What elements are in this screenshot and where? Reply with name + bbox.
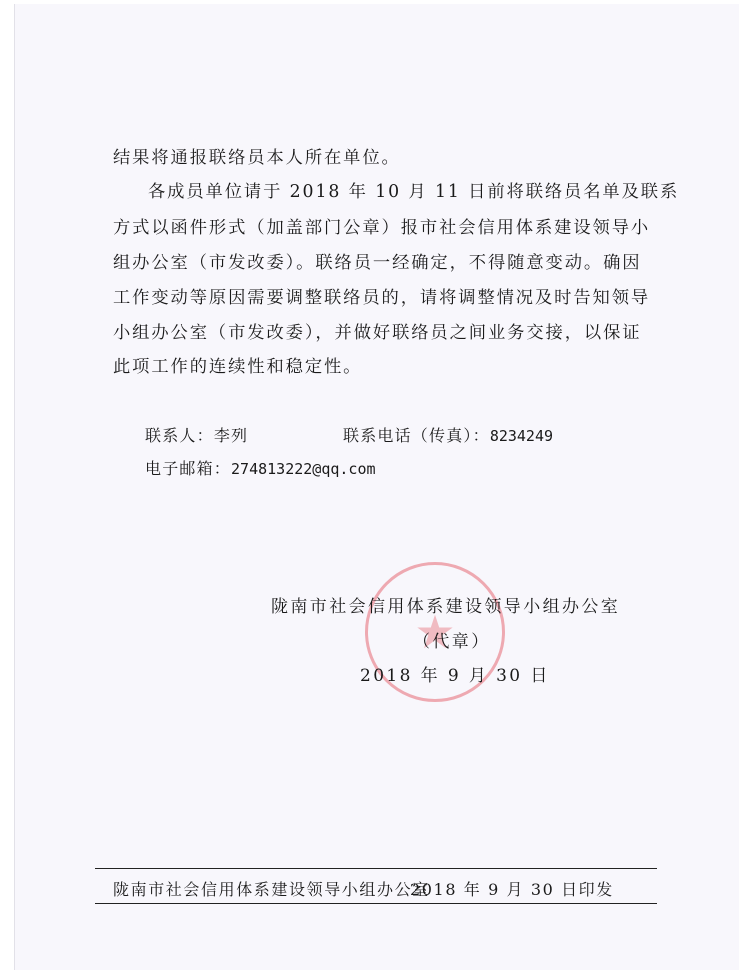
contact-phone-number: 8234249 <box>490 427 553 445</box>
body-line-6: 小组办公室（市发改委），并做好联络员之间业务交接，以保证 <box>113 323 641 343</box>
contact-email: 电子邮箱：274813222@qq.com <box>145 459 376 479</box>
signature-organization: 陇南市社会信用体系建设领导小组办公室 <box>271 597 620 617</box>
contact-phone-label: 联系电话（传真）： <box>343 426 490 445</box>
signature-seal-note: （代章） <box>413 632 491 652</box>
body-line-4: 组办公室（市发改委）。联络员一经确定，不得随意变动。确因 <box>113 253 641 273</box>
body-line-5: 工作变动等原因需要调整联络员的，请将调整情况及时告知领导 <box>113 288 650 308</box>
footer-issue-date: 2018 年 9 月 30 日印发 <box>410 877 614 900</box>
contact-phone: 联系电话（传真）：8234249 <box>343 426 553 446</box>
contact-person: 联系人：李列 <box>145 426 248 446</box>
body-line-7: 此项工作的连续性和稳定性。 <box>113 357 362 377</box>
contact-person-label: 联系人： <box>145 426 214 445</box>
body-line-1: 结果将通报联络员本人所在单位。 <box>113 148 401 168</box>
footer-bottom-rule <box>95 903 657 904</box>
footer-issuer: 陇南市社会信用体系建设领导小组办公室 <box>113 877 430 900</box>
contact-email-address: 274813222@qq.com <box>231 460 376 478</box>
contact-email-label: 电子邮箱： <box>145 459 231 478</box>
signature-date: 2018 年 9 月 30 日 <box>360 666 550 686</box>
body-line-3: 方式以函件形式（加盖部门公章）报市社会信用体系建设领导小 <box>113 218 650 238</box>
body-line-2: 各成员单位请于 2018 年 10 月 11 日前将联络员名单及联系 <box>148 182 679 202</box>
footer-top-rule <box>95 868 657 869</box>
contact-person-name: 李列 <box>214 426 248 445</box>
